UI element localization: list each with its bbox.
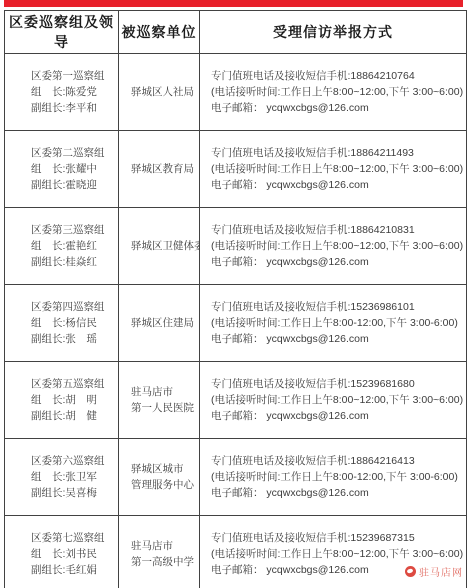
cell-contact: 专门值班电话及接收短信手机:18864210831 (电话接听时间:工作日上午8… [200, 208, 467, 285]
column-header-contact: 受理信访举报方式 [200, 11, 467, 54]
cell-group: 区委第六巡察组 组 长:张卫军 副组长:吴喜梅 [5, 439, 119, 516]
cell-contact: 专门值班电话及接收短信手机:18864211493 (电话接听时间:工作日上午8… [200, 131, 467, 208]
table-row: 区委第七巡察组 组 长:刘书民 副组长:毛红娟 驻马店市 第一高级中学 专门值班… [5, 516, 467, 588]
table-row: 区委第三巡察组 组 长:霍艳红 副组长:桂焱红 驿城区卫健体委 专门值班电话及接… [5, 208, 467, 285]
cell-unit: 驻马店市 第一人民医院 [119, 362, 200, 439]
cell-unit: 驿城区人社局 [119, 54, 200, 131]
cell-unit: 驿城区住建局 [119, 285, 200, 362]
table-row: 区委第一巡察组 组 长:陈爱党 副组长:李平和 驿城区人社局 专门值班电话及接收… [5, 54, 467, 131]
table-row: 区委第四巡察组 组 长:杨信民 副组长:张 瑶 驿城区住建局 专门值班电话及接收… [5, 285, 467, 362]
cell-unit: 驿城区城市 管理服务中心 [119, 439, 200, 516]
cell-group: 区委第五巡察组 组 长:胡 明 副组长:胡 健 [5, 362, 119, 439]
cell-contact: 专门值班电话及接收短信手机:18864210764 (电话接听时间:工作日上午8… [200, 54, 467, 131]
cell-unit: 驿城区卫健体委 [119, 208, 200, 285]
table-row: 区委第五巡察组 组 长:胡 明 副组长:胡 健 驻马店市 第一人民医院 专门值班… [5, 362, 467, 439]
site-watermark: 驻马店网 [405, 564, 463, 579]
cell-contact: 专门值班电话及接收短信手机:15236986101 (电话接听时间:工作日上午8… [200, 285, 467, 362]
header-row: 区委巡察组及领导 被巡察单位 受理信访举报方式 [5, 11, 467, 54]
column-header-group: 区委巡察组及领导 [5, 11, 119, 54]
watermark-logo-icon [405, 566, 416, 577]
cell-group: 区委第四巡察组 组 长:杨信民 副组长:张 瑶 [5, 285, 119, 362]
inspection-contact-table: 区委巡察组及领导 被巡察单位 受理信访举报方式 区委第一巡察组 组 长:陈爱党 … [4, 10, 467, 588]
cell-group: 区委第一巡察组 组 长:陈爱党 副组长:李平和 [5, 54, 119, 131]
watermark-text: 驻马店网 [419, 564, 463, 579]
cell-group: 区委第七巡察组 组 长:刘书民 副组长:毛红娟 [5, 516, 119, 588]
cell-unit: 驿城区教育局 [119, 131, 200, 208]
cell-group: 区委第三巡察组 组 长:霍艳红 副组长:桂焱红 [5, 208, 119, 285]
top-accent-bar [4, 0, 463, 7]
cell-unit: 驻马店市 第一高级中学 [119, 516, 200, 588]
column-header-unit: 被巡察单位 [119, 11, 200, 54]
cell-group: 区委第二巡察组 组 长:张耀中 副组长:霍晓迎 [5, 131, 119, 208]
table-row: 区委第六巡察组 组 长:张卫军 副组长:吴喜梅 驿城区城市 管理服务中心 专门值… [5, 439, 467, 516]
cell-contact: 专门值班电话及接收短信手机:18864216413 (电话接听时间:工作日上午8… [200, 439, 467, 516]
cell-contact: 专门值班电话及接收短信手机:15239681680 (电话接听时间:工作日上午8… [200, 362, 467, 439]
table-row: 区委第二巡察组 组 长:张耀中 副组长:霍晓迎 驿城区教育局 专门值班电话及接收… [5, 131, 467, 208]
